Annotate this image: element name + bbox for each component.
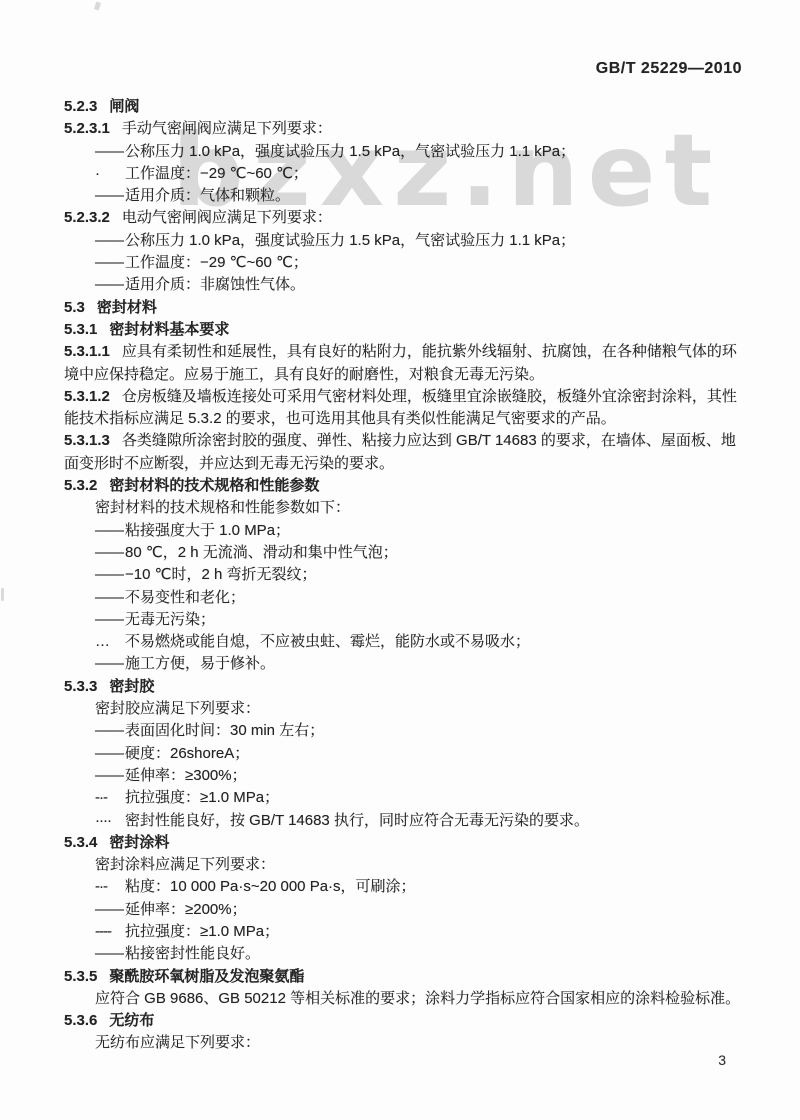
dash-marker: —— <box>95 542 125 564</box>
clause-number: 5.3.1.2 <box>64 388 110 405</box>
body-text: 手动气密闸阀应满足下列要求： <box>122 120 332 137</box>
section-heading: 5.3.1密封材料基本要求 <box>64 319 750 341</box>
clause-number: 5.3.5 <box>64 968 97 985</box>
heading-text: 密封材料基本要求 <box>109 321 229 338</box>
heading-text: 密封材料的技术规格和性能参数 <box>109 477 319 494</box>
dash-marker: -·- <box>95 876 125 898</box>
heading-text: 密封涂料 <box>109 834 169 851</box>
clause-number: 5.3.2 <box>64 477 97 494</box>
body-text: 粘接强度大于 1.0 MPa； <box>125 522 290 539</box>
list-item: ——适用介质：气体和颗粒。 <box>64 185 750 207</box>
body-text: 延伸率：≥300%； <box>125 767 247 784</box>
dash-marker: —— <box>95 720 125 742</box>
scan-artifact <box>94 1 101 10</box>
clause-number: 5.2.3.1 <box>64 120 110 137</box>
list-item: ——粘接密封性能良好。 <box>64 943 750 965</box>
body-text: 无纺布应满足下列要求： <box>95 1034 260 1051</box>
list-item: ——延伸率：≥200%； <box>64 899 750 921</box>
dash-marker: —— <box>95 230 125 252</box>
dash-marker: —— <box>95 899 125 921</box>
scan-artifact <box>1 588 4 601</box>
paragraph: 无纺布应满足下列要求： <box>64 1032 750 1054</box>
body-text: 粘接密封性能良好。 <box>125 945 260 962</box>
body-text: 适用介质：非腐蚀性气体。 <box>125 276 305 293</box>
dash-marker: —— <box>95 185 125 207</box>
body-text: 公称压力 1.0 kPa，强度试验压力 1.5 kPa，气密试验压力 1.1 k… <box>125 232 575 249</box>
body-text: 80 ℃，2 h 无流淌、滑动和集中性气泡； <box>125 544 398 561</box>
list-item: ----抗拉强度：≥1.0 MPa； <box>64 921 750 943</box>
list-item: ——硬度：26shoreA； <box>64 743 750 765</box>
body-text: 不易变性和老化； <box>125 589 245 606</box>
list-item: ——适用介质：非腐蚀性气体。 <box>64 274 750 296</box>
dash-marker: —— <box>95 587 125 609</box>
list-item: ——80 ℃，2 h 无流淌、滑动和集中性气泡； <box>64 542 750 564</box>
clause-number: 5.3.4 <box>64 834 97 851</box>
list-item: ——工作温度：−29 ℃~60 ℃； <box>64 252 750 274</box>
body-text: 密封性能良好，按 GB/T 14683 执行，同时应符合无毒无污染的要求。 <box>125 812 589 829</box>
body-text: 延伸率：≥200%； <box>125 901 247 918</box>
body-text: 密封胶应满足下列要求： <box>95 700 260 717</box>
dash-marker: -·- <box>95 787 125 809</box>
section-heading: 5.3.5聚酰胺环氧树脂及发泡聚氨酯 <box>64 966 750 988</box>
doc-code: GB/T 25229—2010 <box>596 60 742 78</box>
heading-text: 闸阀 <box>109 98 139 115</box>
body-text: 适用介质：气体和颗粒。 <box>125 187 290 204</box>
dash-marker: —— <box>95 653 125 675</box>
heading-text: 无纺布 <box>109 1012 154 1029</box>
list-item: ——−10 ℃时，2 h 弯折无裂纹； <box>64 564 750 586</box>
body-text: 公称压力 1.0 kPa，强度试验压力 1.5 kPa，气密试验压力 1.1 k… <box>125 143 575 160</box>
list-item: ——无毒无污染； <box>64 609 750 631</box>
list-item: ——公称压力 1.0 kPa，强度试验压力 1.5 kPa，气密试验压力 1.1… <box>64 141 750 163</box>
body-text: 工作温度：−29 ℃~60 ℃； <box>125 165 308 182</box>
list-item: ——粘接强度大于 1.0 MPa； <box>64 520 750 542</box>
dash-marker: —— <box>95 274 125 296</box>
dash-marker: —— <box>95 943 125 965</box>
section-heading: 5.2.3闸阀 <box>64 96 750 118</box>
list-item: …不易燃烧或能自熄，不应被虫蛀、霉烂，能防水或不易吸水； <box>64 631 750 653</box>
list-item: ····密封性能良好，按 GB/T 14683 执行，同时应符合无毒无污染的要求… <box>64 810 750 832</box>
body-text: 抗拉强度：≥1.0 MPa； <box>125 789 279 806</box>
body-text: 抗拉强度：≥1.0 MPa； <box>125 923 279 940</box>
body-text: 无毒无污染； <box>125 611 215 628</box>
body-text: 密封涂料应满足下列要求： <box>95 856 275 873</box>
document-content: 5.2.3闸阀5.2.3.1手动气密闸阀应满足下列要求：——公称压力 1.0 k… <box>64 96 750 1055</box>
dash-marker: —— <box>95 520 125 542</box>
list-item: ·工作温度：−29 ℃~60 ℃； <box>64 163 750 185</box>
dash-marker: ···· <box>95 810 125 832</box>
body-text: 仓房板缝及墙板连接处可采用气密材料处理，板缝里宜涂嵌缝胶，板缝外宜涂密封涂料，其… <box>64 388 737 427</box>
list-item: ——表面固化时间：30 min 左右； <box>64 720 750 742</box>
body-text: 应具有柔韧性和延展性，具有良好的粘附力，能抗紫外线辐射、抗腐蚀，在各种储粮气体的… <box>64 343 737 382</box>
clause-number: 5.2.3 <box>64 98 97 115</box>
dash-marker: —— <box>95 765 125 787</box>
body-text: 施工方便，易于修补。 <box>125 655 275 672</box>
body-text: 表面固化时间：30 min 左右； <box>125 722 324 739</box>
dash-marker: —— <box>95 141 125 163</box>
dash-marker: —— <box>95 609 125 631</box>
paragraph: 密封材料的技术规格和性能参数如下： <box>64 497 750 519</box>
heading-text: 密封胶 <box>109 678 154 695</box>
list-item: ——延伸率：≥300%； <box>64 765 750 787</box>
list-item: ——施工方便，易于修补。 <box>64 653 750 675</box>
section-heading: 5.3.4密封涂料 <box>64 832 750 854</box>
body-text: 工作温度：−29 ℃~60 ℃； <box>125 254 308 271</box>
clause-number: 5.3 <box>64 299 85 316</box>
dash-marker: ---- <box>95 921 125 943</box>
paragraph: 应符合 GB 9686、GB 50212 等相关标准的要求；涂料力学指标应符合国… <box>64 988 750 1010</box>
list-item: -·-粘度：10 000 Pa·s~20 000 Pa·s，可刷涂； <box>64 876 750 898</box>
clause-number: 5.3.3 <box>64 678 97 695</box>
dash-marker: —— <box>95 252 125 274</box>
standard-document-page: bzxz.net GB/T 25229—2010 5.2.3闸阀5.2.3.1手… <box>0 0 800 1120</box>
dash-marker: —— <box>95 564 125 586</box>
body-text: 电动气密闸阀应满足下列要求： <box>122 209 332 226</box>
dash-marker: —— <box>95 743 125 765</box>
clause-number: 5.3.1.3 <box>64 432 110 449</box>
clause-paragraph: 5.2.3.2电动气密闸阀应满足下列要求： <box>64 207 750 229</box>
clause-paragraph: 5.3.1.2仓房板缝及墙板连接处可采用气密材料处理，板缝里宜涂嵌缝胶，板缝外宜… <box>64 386 750 431</box>
clause-paragraph: 5.3.1.3各类缝隙所涂密封胶的强度、弹性、粘接力应达到 GB/T 14683… <box>64 430 750 475</box>
body-text: 应符合 GB 9686、GB 50212 等相关标准的要求；涂料力学指标应符合国… <box>95 990 740 1007</box>
paragraph: 密封涂料应满足下列要求： <box>64 854 750 876</box>
heading-text: 密封材料 <box>97 299 157 316</box>
dash-marker: … <box>95 631 125 653</box>
section-heading: 5.3.2密封材料的技术规格和性能参数 <box>64 475 750 497</box>
page-number: 3 <box>718 1052 726 1068</box>
clause-number: 5.3.1.1 <box>64 343 110 360</box>
dash-marker: · <box>95 163 125 185</box>
body-text: 密封材料的技术规格和性能参数如下： <box>95 499 350 516</box>
clause-paragraph: 5.3.1.1应具有柔韧性和延展性，具有良好的粘附力，能抗紫外线辐射、抗腐蚀，在… <box>64 341 750 386</box>
body-text: 不易燃烧或能自熄，不应被虫蛀、霉烂，能防水或不易吸水； <box>125 633 530 650</box>
section-heading: 5.3.6无纺布 <box>64 1010 750 1032</box>
section-heading: 5.3.3密封胶 <box>64 676 750 698</box>
body-text: −10 ℃时，2 h 弯折无裂纹； <box>125 566 316 583</box>
clause-number: 5.3.1 <box>64 321 97 338</box>
clause-number: 5.2.3.2 <box>64 209 110 226</box>
section-heading: 5.3密封材料 <box>64 297 750 319</box>
body-text: 各类缝隙所涂密封胶的强度、弹性、粘接力应达到 GB/T 14683 的要求，在墙… <box>64 432 736 471</box>
list-item: -·-抗拉强度：≥1.0 MPa； <box>64 787 750 809</box>
list-item: ——不易变性和老化； <box>64 587 750 609</box>
clause-number: 5.3.6 <box>64 1012 97 1029</box>
list-item: ——公称压力 1.0 kPa，强度试验压力 1.5 kPa，气密试验压力 1.1… <box>64 230 750 252</box>
body-text: 粘度：10 000 Pa·s~20 000 Pa·s，可刷涂； <box>125 878 416 895</box>
heading-text: 聚酰胺环氧树脂及发泡聚氨酯 <box>109 968 304 985</box>
clause-paragraph: 5.2.3.1手动气密闸阀应满足下列要求： <box>64 118 750 140</box>
body-text: 硬度：26shoreA； <box>125 745 249 762</box>
paragraph: 密封胶应满足下列要求： <box>64 698 750 720</box>
